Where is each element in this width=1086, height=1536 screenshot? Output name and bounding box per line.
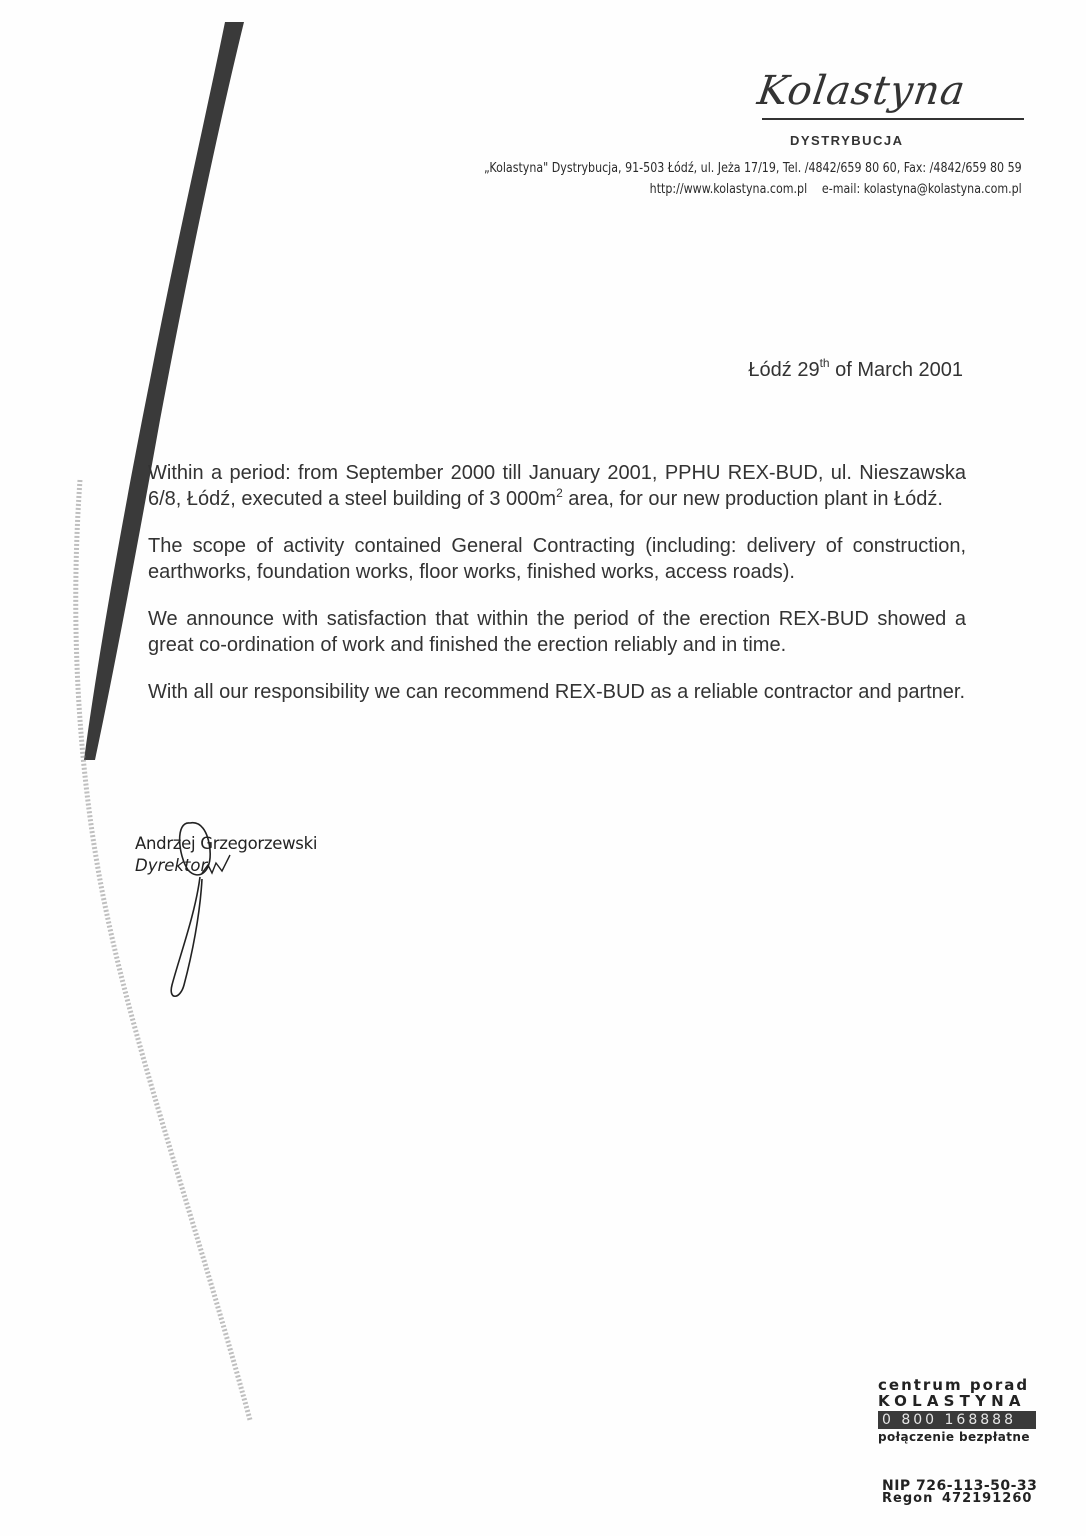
- helpline-phone: 0 800 168888: [878, 1411, 1036, 1429]
- superscript: 2: [556, 486, 563, 500]
- logo-script-text: Kolastyna: [755, 68, 969, 114]
- company-email: e-mail: kolastyna@kolastyna.com.pl: [822, 181, 1022, 197]
- letter-date: Łódź 29th of March 2001: [748, 356, 963, 382]
- letter-page: Kolastyna DYSTRYBUCJA „Kolastyna" Dystry…: [0, 0, 1086, 1536]
- date-month-year: of March 2001: [830, 359, 963, 381]
- date-day: Łódź 29: [748, 359, 819, 381]
- logo-underline: [762, 118, 1024, 120]
- regon-value: 472191260: [942, 1491, 1032, 1506]
- date-ordinal: th: [820, 356, 830, 370]
- signatory-title: Dyrektor: [135, 856, 207, 875]
- helpline-note: połączenie bezpłatne: [878, 1430, 1036, 1444]
- paragraph-1-text-end: area, for our new production plant in Łó…: [563, 488, 943, 510]
- company-contact: http://www.kolastyna.com.ple-mail: kolas…: [650, 181, 1022, 197]
- regon-label: Regon: [882, 1491, 942, 1506]
- paragraph-1: Within a period: from September 2000 til…: [148, 460, 966, 512]
- company-address: „Kolastyna" Dystrybucja, 91-503 Łódź, ul…: [484, 160, 1022, 176]
- logo-subtitle: DYSTRYBUCJA: [790, 133, 904, 148]
- helpline-block: centrum porad KOLASTYNA 0 800 168888 poł…: [878, 1376, 1036, 1444]
- paragraph-2: The scope of activity contained General …: [148, 533, 966, 585]
- company-website: http://www.kolastyna.com.pl: [650, 181, 807, 197]
- scan-artifact-curve: [0, 0, 300, 1536]
- paragraph-4: With all our responsibility we can recom…: [148, 679, 966, 705]
- paragraph-3: We announce with satisfaction that withi…: [148, 606, 966, 658]
- signatory-name: Andrzej Grzegorzewski: [135, 834, 317, 853]
- company-logo: Kolastyna: [758, 68, 1038, 138]
- regon-number: Regon472191260: [882, 1491, 1037, 1506]
- helpline-brand: KOLASTYNA: [878, 1392, 1036, 1410]
- letter-body: Within a period: from September 2000 til…: [148, 460, 966, 726]
- registration-numbers: NIP 726-113-50-33 Regon472191260: [882, 1478, 1037, 1506]
